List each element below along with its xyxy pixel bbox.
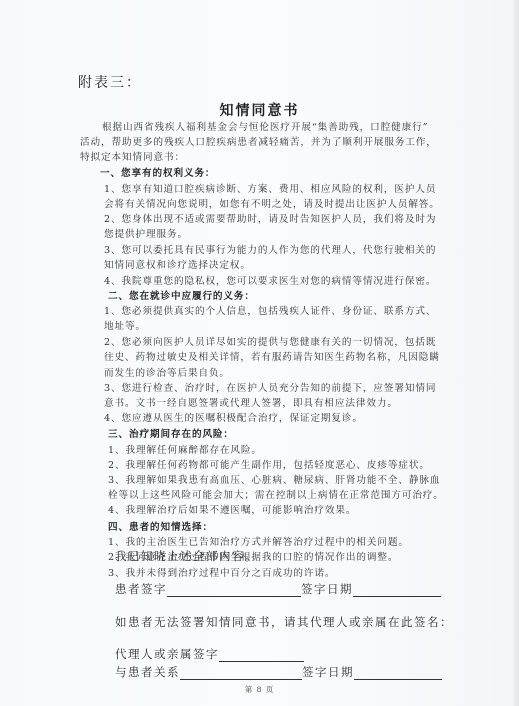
section-line: 3、您进行检查、治疗时，在医护人员充分告知的前提下，应签署知情同 <box>104 383 436 395</box>
patient-signature-row: 患者签字签字日期 <box>115 581 441 597</box>
section-line: 3、我并未得到治疗过程中百分之百成功的许诺。 <box>108 568 335 580</box>
section-line: 1、您必须提供真实的个人信息，包括残疾人证件、身份证、联系方式、 <box>104 306 436 318</box>
section-line: 2、您必须向医护人员详尽如实的提供与您健康有关的一切情况，包括既 <box>104 337 436 349</box>
sign-date-label-2: 签字日期 <box>302 665 354 679</box>
section-line: 往史、药物过敏史及相关详情，若有服药请告知医生药物名称，凡因隐瞒 <box>104 352 440 364</box>
section-heading-choices: 四、患者的知情选择： <box>108 522 213 534</box>
section-heading-risks: 三、治疗期间存在的风险： <box>108 429 234 441</box>
section-line: 地址等。 <box>104 321 146 333</box>
relation-field[interactable] <box>180 667 302 680</box>
section-line: 而发生的诊治等后果自负。 <box>104 368 230 380</box>
patient-sign-label: 患者签字 <box>115 582 167 596</box>
relation-label: 与患者关系 <box>115 665 180 679</box>
section-line: 您提供护理服务。 <box>104 229 188 241</box>
section-line: 4、您应遵从医生的医嘱积极配合治疗，保证定期复诊。 <box>104 413 363 425</box>
acknowledgement-text: 我已知晓上述全部内容。 <box>115 548 258 564</box>
page-number: 第 8 页 <box>0 684 519 695</box>
section-line: 1、我理解任何麻醉都存在风险。 <box>108 445 262 457</box>
document-title: 知情同意书 <box>0 100 519 120</box>
section-line: 会将有关情况向您说明，如您有不明之处，请及时提出让医护人员解答。 <box>104 199 440 211</box>
intro-line: 活动，帮助更多的残疾人口腔疾病患者减轻痛苦，并为了顺利开展服务工作， <box>80 137 437 149</box>
proxy-signature-row: 代理人或亲属签字 <box>115 646 304 662</box>
document-page: 附表三： 知情同意书 根据山西省残疾人福利基金会与恒伦医疗开展“集善助残，口腔健… <box>0 0 519 706</box>
section-line: 3、您可以委托具有民事行为能力的人作为您的代理人，代您行驶相关的 <box>104 245 436 257</box>
section-line: 1、您享有知道口腔疾病诊断、方案、费用、相应风险的权利，医护人员 <box>104 184 436 196</box>
section-line: 意书。文书一经自愿签署或代理人签署，即具有相应法律效力。 <box>104 398 398 410</box>
intro-line: 根据山西省残疾人福利基金会与恒伦医疗开展“集善助残，口腔健康行” <box>102 122 428 134</box>
intro-line: 特拟定本知情同意书： <box>80 152 185 164</box>
section-line: 2、您身体出现不适或需要帮助时，请及时告知医护人员，我们将及时为 <box>104 214 436 226</box>
relation-signature-row: 与患者关系签字日期 <box>115 664 442 680</box>
section-line: 4、我院尊重您的隐私权，您可以要求医生对您的病情等情况进行保密。 <box>104 276 436 288</box>
proxy-signature-field[interactable] <box>219 649 304 662</box>
proxy-note: 如患者无法签署知情同意书，请其代理人或亲属在此签名： <box>115 614 453 630</box>
patient-sign-date-field[interactable] <box>353 584 441 597</box>
appendix-label: 附表三： <box>78 72 142 92</box>
section-line: 2、我理解任何药物都可能产生副作用，包括轻度恶心、皮疹等症状。 <box>108 460 430 472</box>
section-line: 知情同意权和诊疗选择决定权。 <box>104 260 251 272</box>
section-line: 3、我理解如果我患有高血压、心脏病、糖尿病、肝肾功能不全、静脉血 <box>108 475 440 487</box>
sign-date-label: 签字日期 <box>301 582 353 596</box>
section-line: 栓等以上这些风险可能会加大；需在控制以上病情在正常范围方可治疗。 <box>108 490 444 502</box>
section-heading-obligations: 二、您在就诊中应履行的义务： <box>108 291 255 303</box>
proxy-sign-date-field[interactable] <box>354 667 442 680</box>
section-heading-rights: 一、您享有的权利义务： <box>100 168 215 180</box>
patient-signature-field[interactable] <box>167 584 301 597</box>
proxy-sign-label: 代理人或亲属签字 <box>115 647 219 661</box>
section-line: 4、我理解治疗后如果不遵医嘱，可能影响治疗效果。 <box>108 505 356 517</box>
